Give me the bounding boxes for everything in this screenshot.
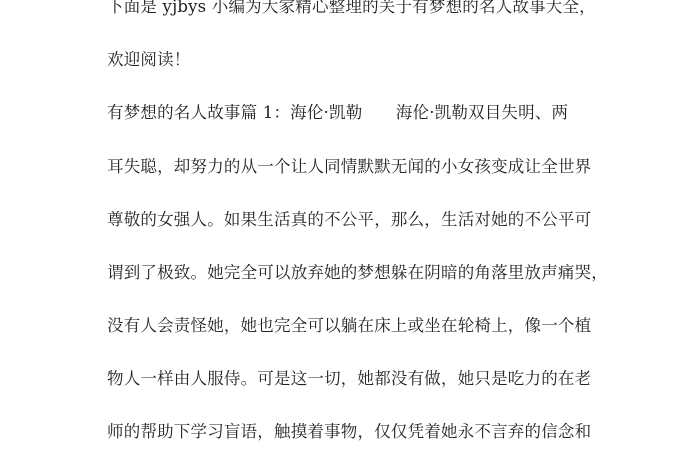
- paragraph-line: 耳失聪，却努力的从一个让人同情默默无闻的小女孩变成让全世界: [107, 157, 591, 177]
- intro-line: 下面是 yjbys 小编为大家精心整理的关于有梦想的名人故事大全，: [107, 0, 596, 17]
- paragraph-line: 师的帮助下学习盲语，触摸着事物，仅仅凭着她永不言弃的信念和: [107, 422, 591, 442]
- paragraph-line: 谓到了极致。她完全可以放弃她的梦想躲在阴暗的角落里放声痛哭，: [107, 263, 608, 283]
- paragraph-line: 尊敬的女强人。如果生活真的不公平，那么，生活对她的不公平可: [107, 210, 591, 230]
- document-page: 下面是 yjbys 小编为大家精心整理的关于有梦想的名人故事大全， 欢迎阅读！ …: [0, 0, 700, 470]
- paragraph-line: 没有人会责怪她，她也完全可以躺在床上或坐在轮椅上，像一个植: [107, 316, 591, 336]
- paragraph-line: 物人一样由人服侍。可是这一切，她都没有做，她只是吃力的在老: [107, 369, 591, 389]
- story-heading-line: 有梦想的名人故事篇 1：海伦·凯勒 海伦·凯勒双目失明、两: [107, 103, 568, 123]
- welcome-line: 欢迎阅读！: [107, 50, 191, 70]
